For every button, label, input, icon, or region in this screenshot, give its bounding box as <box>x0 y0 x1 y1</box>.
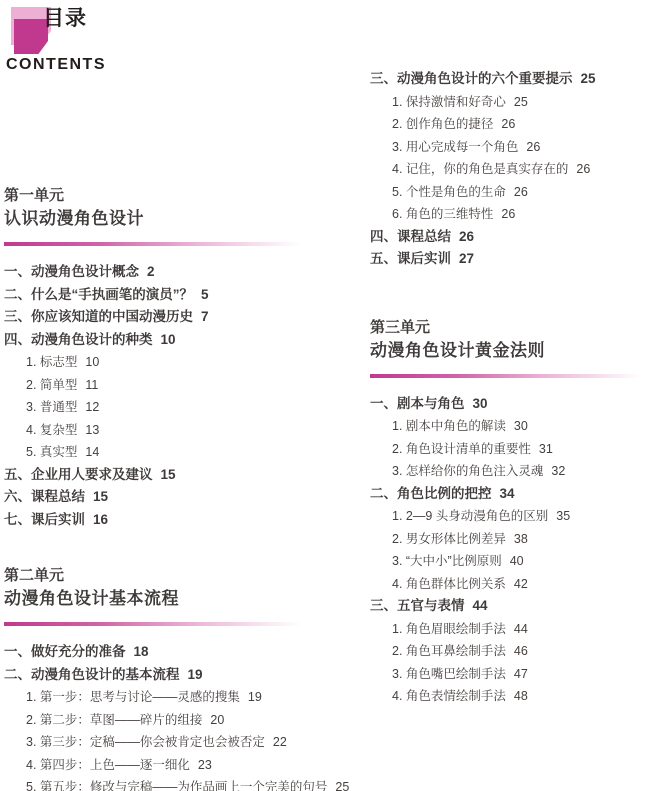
toc-entry-text: 二、角色比例的把控 <box>370 486 492 501</box>
toc-entry-text: 1. 2—9 头身动漫角色的区别 <box>392 509 548 523</box>
toc-entry-text: 4. 复杂型 <box>26 423 77 437</box>
toc-entry: 六、课程总结15 <box>4 486 320 509</box>
toc-entry-page: 18 <box>134 644 149 659</box>
toc-entry-page: 25 <box>335 780 349 791</box>
toc-entry-page: 26 <box>514 185 528 199</box>
toc-entry-page: 15 <box>93 489 108 504</box>
toc-entry: 1. 角色眉眼绘制手法44 <box>370 618 660 641</box>
toc-entry-text: 四、课程总结 <box>370 229 451 244</box>
toc-entry-page: 25 <box>581 71 596 86</box>
toc-entry: 3. 用心完成每一个角色26 <box>370 136 660 159</box>
toc-entry: 1. 标志型10 <box>4 351 320 374</box>
toc-entry-text: 六、课程总结 <box>4 489 85 504</box>
toc-entry-text: 3. 怎样给你的角色注入灵魂 <box>392 464 543 478</box>
unit-title: 动漫角色设计黄金法则 <box>370 338 660 363</box>
toc-entry: 3. 普通型12 <box>4 396 320 419</box>
toc-entry-page: 27 <box>459 251 474 266</box>
toc-entry-page: 30 <box>514 419 528 433</box>
toc-entry-text: 三、五官与表情 <box>370 598 465 613</box>
toc-column-right: 三、动漫角色设计的六个重要提示251. 保持激情和好奇心252. 创作角色的捷径… <box>370 64 660 708</box>
toc-entry-page: 5 <box>201 287 209 302</box>
toc-entry-page: 13 <box>85 423 99 437</box>
toc-entry: 3. “大中小”比例原则40 <box>370 550 660 573</box>
toc-entry: 四、动漫角色设计的种类10 <box>4 329 320 352</box>
toc-entry: 4. 复杂型13 <box>4 419 320 442</box>
toc-entry-text: 一、做好充分的准备 <box>4 644 126 659</box>
toc-entry: 2. 男女形体比例差异38 <box>370 528 660 551</box>
toc-entry: 5. 第五步：修改与完稿——为作品画上一个完美的句号25 <box>4 776 320 791</box>
toc-entry-page: 15 <box>161 467 176 482</box>
toc-entry-page: 26 <box>526 140 540 154</box>
toc-entry-page: 10 <box>161 332 176 347</box>
toc-entry-page: 23 <box>198 758 212 772</box>
toc-entry: 三、动漫角色设计的六个重要提示25 <box>370 68 660 91</box>
toc-entry-page: 48 <box>514 689 528 703</box>
toc-entry: 4. 角色表情绘制手法48 <box>370 685 660 708</box>
toc-entry-text: 4. 角色群体比例关系 <box>392 577 506 591</box>
toc-entry-text: 1. 保持激情和好奇心 <box>392 95 506 109</box>
toc-entry-page: 31 <box>539 442 553 456</box>
toc-entry: 二、动漫角色设计的基本流程19 <box>4 664 320 687</box>
toc-entry-page: 46 <box>514 644 528 658</box>
toc-entry: 一、做好充分的准备18 <box>4 641 320 664</box>
toc-column-left: 第一单元认识动漫角色设计一、动漫角色设计概念2二、什么是“手执画笔的演员”？5三… <box>4 185 320 791</box>
toc-entry-page: 19 <box>248 690 262 704</box>
toc-entry-page: 11 <box>85 378 98 392</box>
toc-entry-text: 3. 第三步：定稿——你会被肯定也会被否定 <box>26 735 265 749</box>
toc-entry: 二、什么是“手执画笔的演员”？5 <box>4 284 320 307</box>
toc-entry-text: 3. “大中小”比例原则 <box>392 554 502 568</box>
toc-entry-page: 19 <box>188 667 203 682</box>
toc-entry-text: 3. 角色嘴巴绘制手法 <box>392 667 506 681</box>
toc-entry: 4. 记住，你的角色是真实存在的26 <box>370 158 660 181</box>
toc-entry: 3. 角色嘴巴绘制手法47 <box>370 663 660 686</box>
toc-entry: 2. 角色耳鼻绘制手法46 <box>370 640 660 663</box>
toc-entry: 4. 第四步：上色——逐一细化23 <box>4 754 320 777</box>
unit-label: 第一单元 <box>4 185 320 206</box>
toc-entry-page: 30 <box>473 396 488 411</box>
toc-entry-text: 1. 剧本中角色的解读 <box>392 419 506 433</box>
toc-entry: 四、课程总结26 <box>370 226 660 249</box>
toc-entry-page: 40 <box>510 554 524 568</box>
toc-entry-text: 5. 真实型 <box>26 445 77 459</box>
toc-entry: 5. 个性是角色的生命26 <box>370 181 660 204</box>
toc-entry-page: 14 <box>85 445 99 459</box>
unit-section: 三、动漫角色设计的六个重要提示251. 保持激情和好奇心252. 创作角色的捷径… <box>370 68 660 271</box>
toc-entry-text: 4. 记住，你的角色是真实存在的 <box>392 162 568 176</box>
toc-entry: 2. 第二步：草图——碎片的组接20 <box>4 709 320 732</box>
toc-entry-text: 2. 创作角色的捷径 <box>392 117 493 131</box>
toc-entry-text: 2. 男女形体比例差异 <box>392 532 506 546</box>
toc-page: 目录 CONTENTS 第一单元认识动漫角色设计一、动漫角色设计概念2二、什么是… <box>0 0 662 791</box>
toc-entry-text: 五、课后实训 <box>370 251 451 266</box>
toc-entry-text: 2. 角色设计清单的重要性 <box>392 442 531 456</box>
toc-entry-text: 七、课后实训 <box>4 512 85 527</box>
toc-entry: 七、课后实训16 <box>4 509 320 532</box>
toc-entry-page: 16 <box>93 512 108 527</box>
toc-entry-text: 4. 第四步：上色——逐一细化 <box>26 758 190 772</box>
unit-title: 动漫角色设计基本流程 <box>4 586 320 611</box>
toc-entry-text: 2. 角色耳鼻绘制手法 <box>392 644 506 658</box>
toc-entry: 1. 剧本中角色的解读30 <box>370 415 660 438</box>
toc-entry-text: 3. 用心完成每一个角色 <box>392 140 518 154</box>
toc-entry: 2. 角色设计清单的重要性31 <box>370 438 660 461</box>
toc-entry-page: 44 <box>473 598 488 613</box>
toc-entry-text: 4. 角色表情绘制手法 <box>392 689 506 703</box>
toc-entry-text: 2. 简单型 <box>26 378 77 392</box>
toc-entry-text: 四、动漫角色设计的种类 <box>4 332 153 347</box>
unit-label: 第三单元 <box>370 317 660 338</box>
unit-section: 第二单元动漫角色设计基本流程一、做好充分的准备18二、动漫角色设计的基本流程19… <box>4 565 320 791</box>
toc-entry: 三、五官与表情44 <box>370 595 660 618</box>
toc-entry-page: 26 <box>459 229 474 244</box>
toc-entry-text: 五、企业用人要求及建议 <box>4 467 153 482</box>
toc-entry: 五、课后实训27 <box>370 248 660 271</box>
unit-section: 第一单元认识动漫角色设计一、动漫角色设计概念2二、什么是“手执画笔的演员”？5三… <box>4 185 320 531</box>
toc-entry: 2. 简单型11 <box>4 374 320 397</box>
unit-label: 第二单元 <box>4 565 320 586</box>
unit-title: 认识动漫角色设计 <box>4 206 320 231</box>
unit-divider-rule <box>370 374 660 378</box>
toc-entry: 二、角色比例的把控34 <box>370 483 660 506</box>
toc-entry-page: 25 <box>514 95 528 109</box>
unit-divider-rule <box>4 622 320 626</box>
toc-entry: 5. 真实型14 <box>4 441 320 464</box>
contents-title-en: CONTENTS <box>6 56 106 74</box>
toc-entry-text: 5. 第五步：修改与完稿——为作品画上一个完美的句号 <box>26 780 327 791</box>
toc-entry-text: 6. 角色的三维特性 <box>392 207 493 221</box>
toc-entry-page: 22 <box>273 735 287 749</box>
toc-entry-text: 二、动漫角色设计的基本流程 <box>4 667 180 682</box>
toc-entry-text: 1. 第一步：思考与讨论——灵感的搜集 <box>26 690 240 704</box>
toc-entry: 一、剧本与角色30 <box>370 393 660 416</box>
toc-entry: 1. 2—9 头身动漫角色的区别35 <box>370 505 660 528</box>
toc-entry-page: 44 <box>514 622 528 636</box>
toc-entry-page: 32 <box>551 464 565 478</box>
toc-entry: 一、动漫角色设计概念2 <box>4 261 320 284</box>
toc-entry-text: 1. 标志型 <box>26 355 77 369</box>
toc-entry: 3. 怎样给你的角色注入灵魂32 <box>370 460 660 483</box>
toc-entry-text: 5. 个性是角色的生命 <box>392 185 506 199</box>
toc-entry-page: 35 <box>556 509 570 523</box>
toc-entry-text: 一、动漫角色设计概念 <box>4 264 139 279</box>
unit-divider-rule <box>4 242 320 246</box>
contents-title-cn: 目录 <box>43 2 87 32</box>
unit-section: 第三单元动漫角色设计黄金法则一、剧本与角色301. 剧本中角色的解读302. 角… <box>370 317 660 708</box>
toc-entry: 1. 保持激情和好奇心25 <box>370 91 660 114</box>
toc-entry-page: 7 <box>201 309 209 324</box>
toc-entry-text: 二、什么是“手执画笔的演员”？ <box>4 287 193 302</box>
toc-entry-page: 47 <box>514 667 528 681</box>
toc-entry-page: 34 <box>500 486 515 501</box>
toc-entry-page: 10 <box>85 355 99 369</box>
toc-entry: 五、企业用人要求及建议15 <box>4 464 320 487</box>
toc-entry: 三、你应该知道的中国动漫历史7 <box>4 306 320 329</box>
toc-entry-page: 42 <box>514 577 528 591</box>
toc-entry: 2. 创作角色的捷径26 <box>370 113 660 136</box>
toc-entry: 1. 第一步：思考与讨论——灵感的搜集19 <box>4 686 320 709</box>
toc-entry: 3. 第三步：定稿——你会被肯定也会被否定22 <box>4 731 320 754</box>
toc-entry-page: 20 <box>210 713 224 727</box>
toc-entry-text: 三、你应该知道的中国动漫历史 <box>4 309 193 324</box>
toc-entry-text: 2. 第二步：草图——碎片的组接 <box>26 713 202 727</box>
toc-entry-text: 三、动漫角色设计的六个重要提示 <box>370 71 573 86</box>
toc-entry-text: 3. 普通型 <box>26 400 77 414</box>
toc-entry: 4. 角色群体比例关系42 <box>370 573 660 596</box>
toc-entry-page: 12 <box>85 400 99 414</box>
toc-entry-text: 一、剧本与角色 <box>370 396 465 411</box>
toc-entry-text: 1. 角色眉眼绘制手法 <box>392 622 506 636</box>
toc-entry-page: 38 <box>514 532 528 546</box>
toc-entry-page: 26 <box>576 162 590 176</box>
toc-entry-page: 2 <box>147 264 155 279</box>
toc-entry-page: 26 <box>501 117 515 131</box>
toc-entry-page: 26 <box>501 207 515 221</box>
toc-entry: 6. 角色的三维特性26 <box>370 203 660 226</box>
